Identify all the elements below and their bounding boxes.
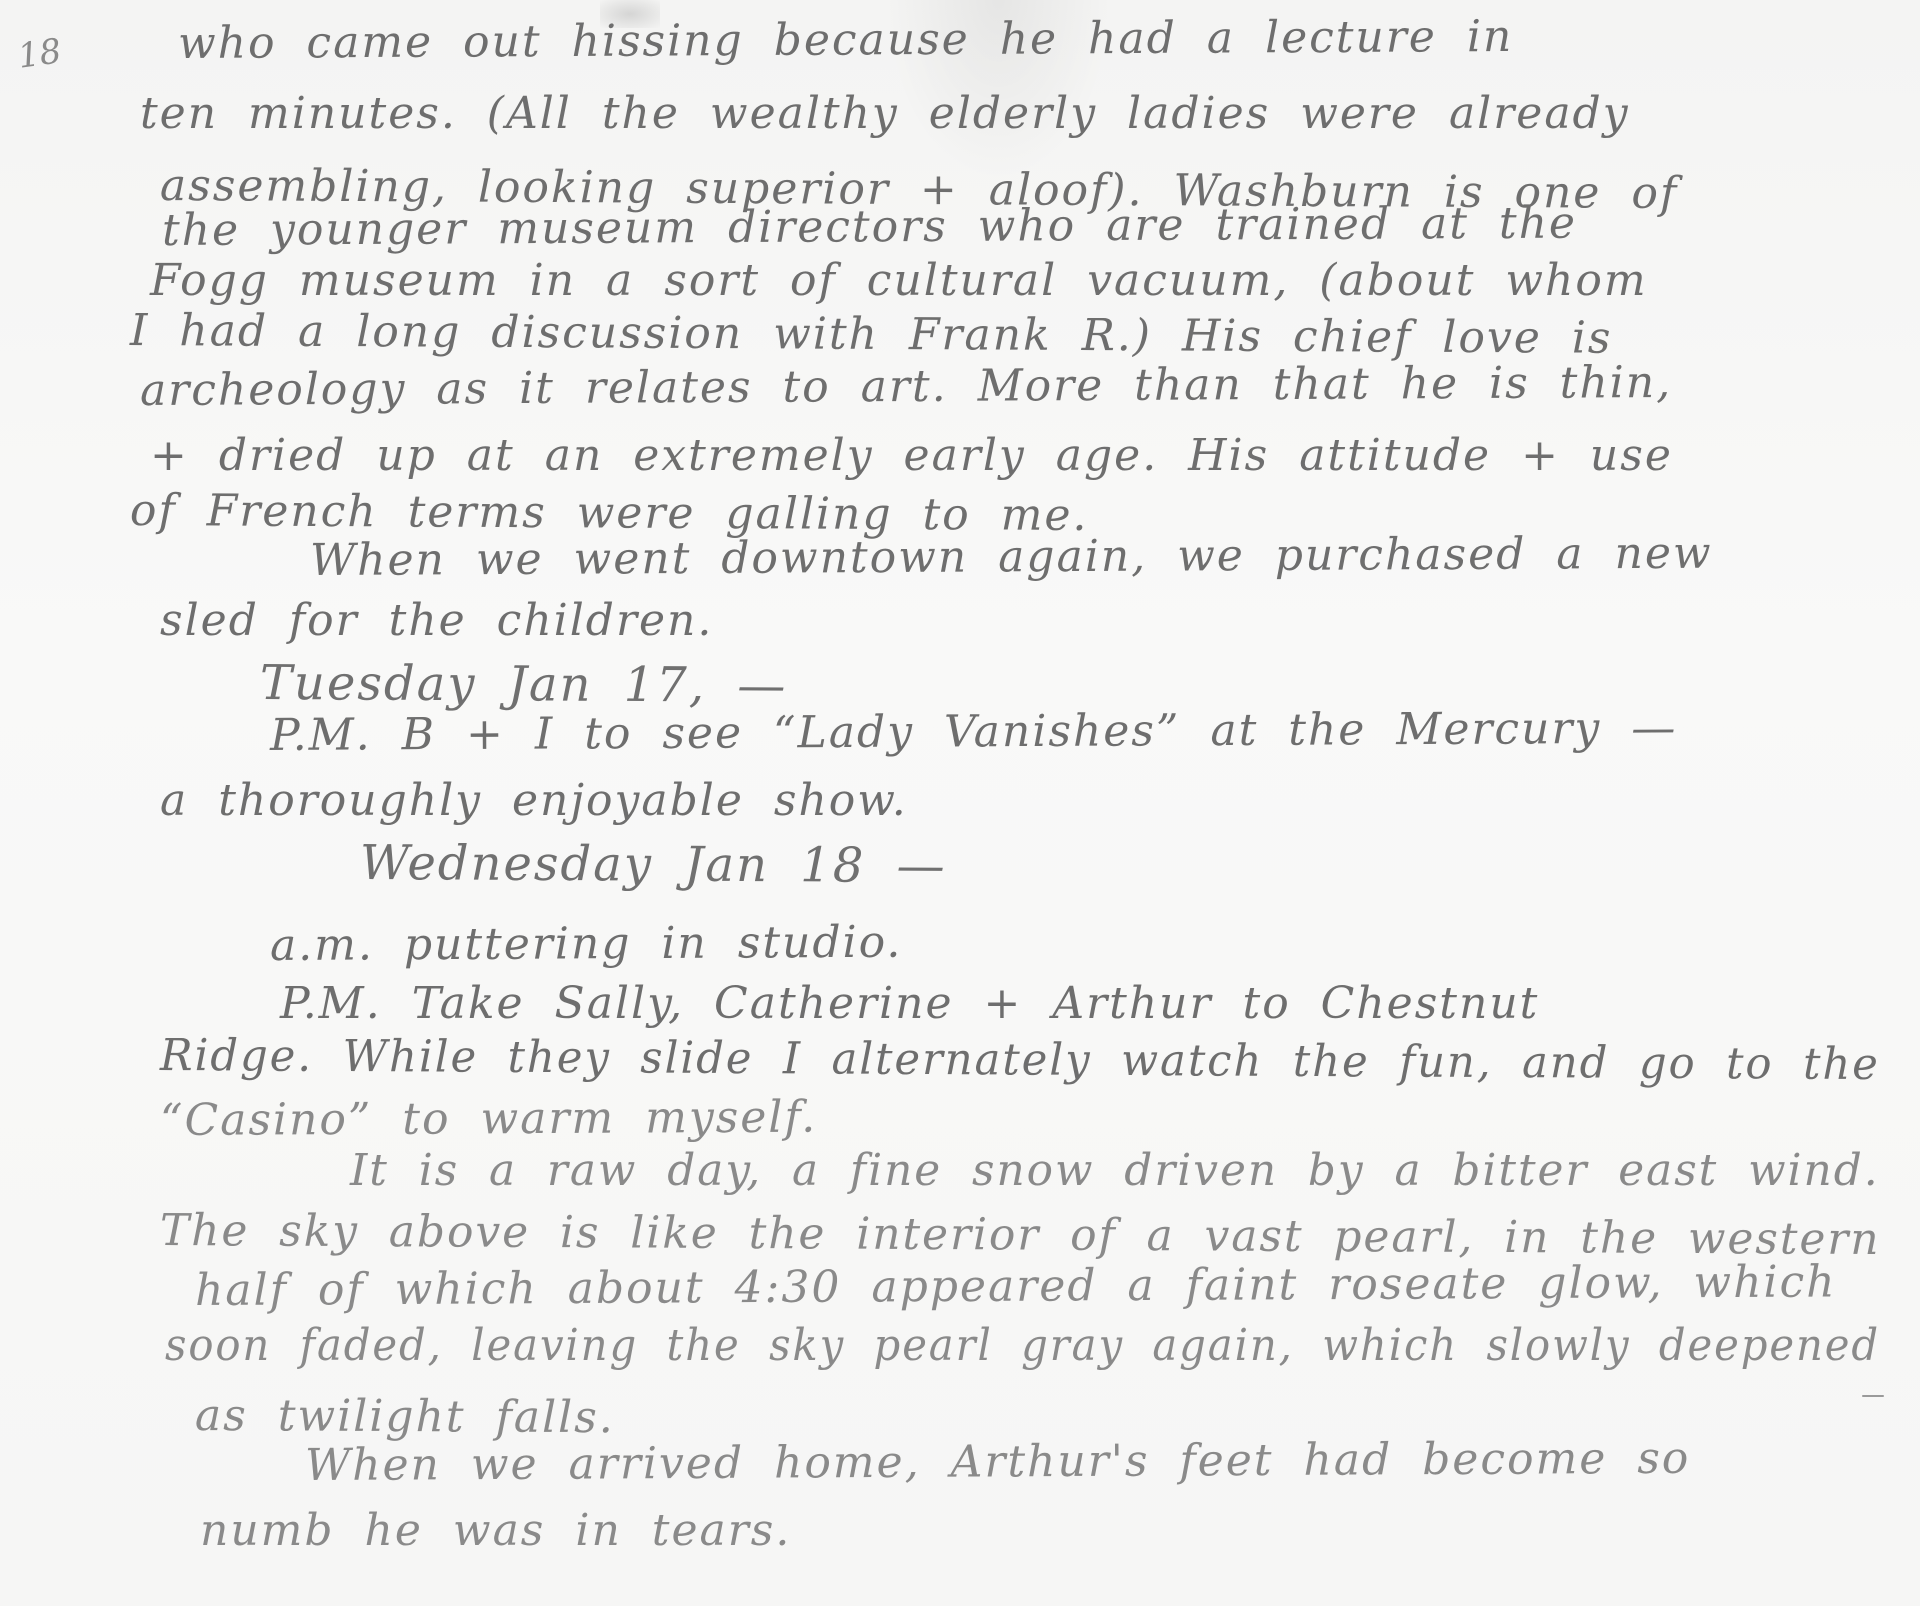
diary-text-line: ten minutes. (All the wealthy elderly la… xyxy=(140,88,1630,139)
diary-text-line: It is a raw day, a fine snow driven by a… xyxy=(350,1145,1880,1196)
margin-tick-mark xyxy=(1862,1395,1884,1397)
diary-text-line: When we went downtown again, we purchase… xyxy=(310,528,1713,586)
diary-text-line: a thoroughly enjoyable show. xyxy=(160,775,908,826)
diary-date-heading: Wednesday Jan 18 — xyxy=(360,835,947,894)
diary-text-line: as twilight falls. xyxy=(195,1390,615,1443)
diary-text-line: archeology as it relates to art. More th… xyxy=(140,357,1672,416)
diary-page: 18 who came out hissing because he had a… xyxy=(0,0,1920,1606)
diary-text-line: When we arrived home, Arthur's feet had … xyxy=(305,1433,1691,1491)
page-number: 18 xyxy=(15,31,63,77)
diary-text-line: half of which about 4:30 appeared a fain… xyxy=(195,1256,1837,1316)
diary-text-line: Fogg museum in a sort of cultural vacuum… xyxy=(150,255,1648,306)
diary-text-line: Ridge. While they slide I alternately wa… xyxy=(160,1030,1880,1090)
diary-text-line: the younger museum directors who are tra… xyxy=(162,198,1577,256)
diary-text-line: sled for the children. xyxy=(160,595,713,646)
diary-date-heading: Tuesday Jan 17, — xyxy=(260,655,788,714)
diary-text-line: I had a long discussion with Frank R.) H… xyxy=(130,305,1613,364)
diary-text-line: P.M. B + I to see “Lady Vanishes” at the… xyxy=(270,703,1678,761)
diary-text-line: numb he was in tears. xyxy=(200,1505,791,1556)
diary-text-line: soon faded, leaving the sky pearl gray a… xyxy=(165,1320,1880,1371)
diary-text-line: who came out hissing because he had a le… xyxy=(178,11,1514,69)
diary-text-line: P.M. Take Sally, Catherine + Arthur to C… xyxy=(280,978,1539,1029)
diary-text-line: + dried up at an extremely early age. Hi… xyxy=(150,430,1673,481)
diary-text-line: a.m. puttering in studio. xyxy=(270,917,903,971)
diary-text-line: The sky above is like the interior of a … xyxy=(160,1205,1881,1265)
diary-text-line: “Casino” to warm myself. xyxy=(160,1092,817,1146)
